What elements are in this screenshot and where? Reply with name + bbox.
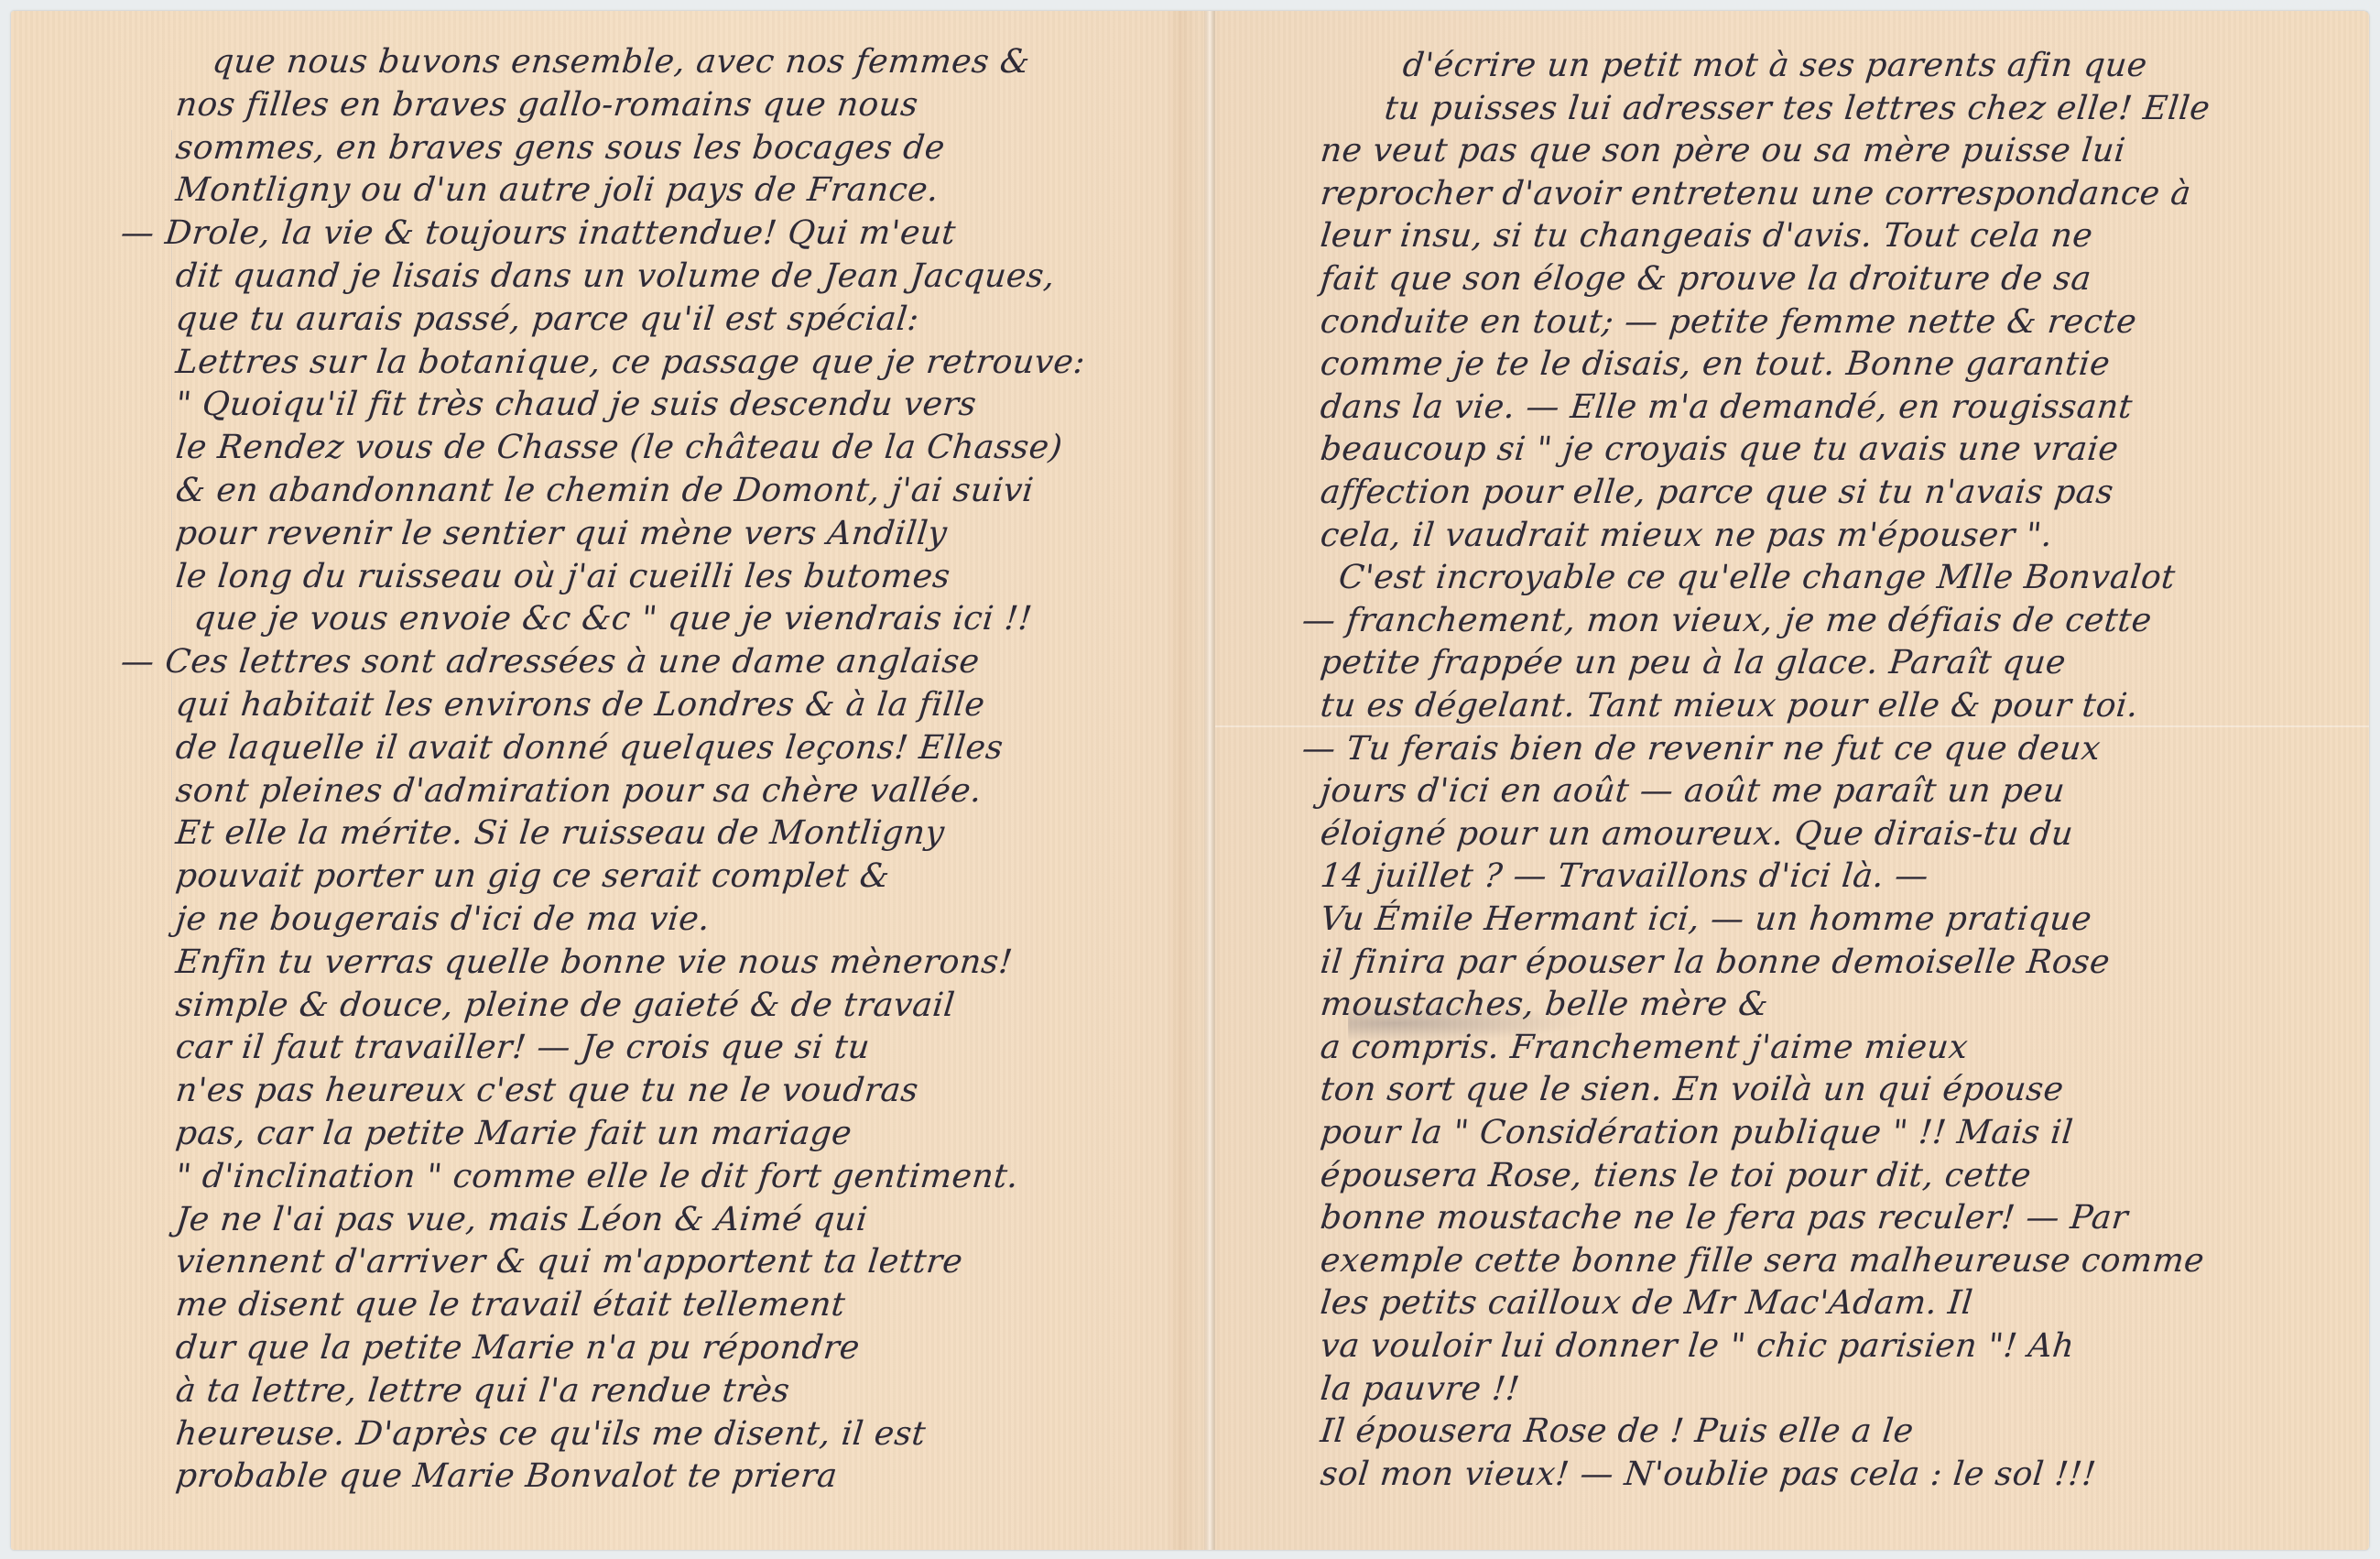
handwritten-line: pouvait porter un gig ce serait complet … (174, 860, 891, 893)
handwritten-line: car il faut travailler! — Je crois que s… (174, 1031, 871, 1064)
handwritten-line: & en abandonnant le chemin de Domont, j'… (174, 474, 1035, 507)
handwritten-line: bonne moustache ne le fera pas reculer! … (1319, 1202, 2130, 1235)
handwritten-line: Lettres sur la botanique, ce passage que… (174, 346, 1087, 379)
letter-sheet: que nous buvons ensemble, avec nos femme… (11, 11, 2369, 1550)
handwritten-line: que tu aurais passé, parce qu'il est spé… (174, 303, 920, 336)
handwritten-line: n'es pas heureux c'est que tu ne le voud… (174, 1074, 920, 1107)
handwritten-line: Il épousera Rose de ! Puis elle a le (1319, 1415, 1915, 1448)
center-fold-crease (1204, 11, 1215, 1550)
handwritten-line: me disent que le travail était tellement (174, 1289, 847, 1322)
handwritten-line: Et elle la mérite. Si le ruisseau de Mon… (174, 817, 946, 850)
handwritten-line: éloigné pour un amoureux. Que dirais-tu … (1319, 818, 2075, 851)
handwritten-line: pour la " Considération publique " !! Ma… (1319, 1117, 2074, 1150)
handwritten-line: d'écrire un petit mot à ses parents afin… (1401, 49, 2148, 82)
handwritten-line: moustaches, belle mère & (1319, 988, 1770, 1021)
handwritten-line: épousera Rose, tiens le toi pour dit, ce… (1319, 1160, 2033, 1193)
handwritten-line: Enfin tu verras quelle bonne vie nous mè… (174, 946, 1014, 979)
handwritten-line: les petits cailloux de Mr Mac'Adam. Il (1319, 1287, 1974, 1320)
handwritten-line: Montligny ou d'un autre joli pays de Fra… (174, 174, 940, 207)
handwritten-line: va vouloir lui donner le " chic parisien… (1319, 1330, 2076, 1363)
handwritten-line: que nous buvons ensemble, avec nos femme… (211, 46, 1031, 79)
handwritten-line: — Tu ferais bien de revenir ne fut ce qu… (1300, 733, 2102, 766)
handwritten-line: nos filles en braves gallo-romains que n… (174, 89, 919, 122)
handwritten-line: qui habitait les environs de Londres & à… (174, 689, 986, 722)
handwritten-line: probable que Marie Bonvalot te priera (174, 1460, 839, 1493)
handwritten-line: a compris. Franchement j'aime mieux (1319, 1031, 1970, 1064)
handwritten-line: viennent d'arriver & qui m'apportent ta … (174, 1246, 964, 1279)
handwritten-line: il finira par épouser la bonne demoisell… (1319, 946, 2112, 979)
handwritten-line: C'est incroyable ce qu'elle change Mlle … (1337, 561, 2177, 594)
handwritten-line: tu es dégelant. Tant mieux pour elle & p… (1319, 690, 2140, 723)
handwritten-line: la pauvre !! (1319, 1373, 1521, 1406)
handwritten-line: affection pour elle, parce que si tu n'a… (1319, 476, 2115, 509)
handwritten-line: tu puisses lui adresser tes lettres chez… (1383, 93, 2212, 125)
handwritten-line: ne veut pas que son père ou sa mère puis… (1319, 135, 2127, 168)
handwritten-line: comme je te le disais, en tout. Bonne ga… (1319, 348, 2112, 381)
handwritten-line: leur insu, si tu changeais d'avis. Tout … (1319, 220, 2094, 253)
handwritten-line: pas, car la petite Marie fait un mariage (174, 1117, 853, 1150)
handwritten-line: heureuse. D'après ce qu'ils me disent, i… (174, 1418, 927, 1451)
handwritten-line: dur que la petite Marie n'a pu répondre (174, 1332, 862, 1365)
handwritten-line: jours d'ici en août — août me paraît un … (1319, 775, 2067, 808)
handwritten-line: exemple cette bonne fille sera malheureu… (1319, 1245, 2206, 1278)
handwritten-line: cela, il vaudrait mieux ne pas m'épouser… (1319, 519, 2054, 552)
handwritten-line: conduite en tout; — petite femme nette &… (1319, 306, 2138, 339)
handwritten-line: à ta lettre, lettre qui l'a rendue très (174, 1375, 791, 1408)
handwritten-line: Vu Émile Hermant ici, — un homme pratiqu… (1319, 903, 2093, 936)
handwritten-line: " Quoiqu'il fit très chaud je suis desce… (174, 388, 978, 421)
handwritten-line: je ne bougerais d'ici de ma vie. (174, 903, 712, 936)
handwritten-line: petite frappée un peu à la glace. Paraît… (1319, 647, 2068, 680)
handwritten-line: le Rendez vous de Chasse (le château de … (174, 431, 1064, 464)
handwritten-line: reprocher d'avoir entretenu une correspo… (1319, 178, 2192, 211)
handwritten-line: dit quand je lisais dans un volume de Je… (174, 260, 1057, 293)
handwritten-line: pour revenir le sentier qui mène vers An… (174, 518, 949, 551)
handwritten-line: sont pleines d'admiration pour sa chère … (174, 775, 984, 808)
handwritten-line: fait que son éloge & prouve la droiture … (1319, 263, 2092, 296)
handwritten-line: Je ne l'ai pas vue, mais Léon & Aimé qui (174, 1204, 869, 1237)
handwritten-line: de laquelle il avait donné quelques leço… (174, 732, 1005, 765)
handwritten-line: — Ces lettres sont adressées à une dame … (119, 646, 981, 679)
handwritten-line: — Drole, la vie & toujours inattendue! Q… (119, 217, 957, 250)
right-page: d'écrire un petit mot à ses parents afin… (1215, 11, 2369, 1550)
handwritten-line: ton sort que le sien. En voilà un qui ép… (1319, 1074, 2065, 1107)
handwritten-line: sommes, en braves gens sous les bocages … (174, 132, 946, 165)
handwritten-line: — franchement, mon vieux, je me défiais … (1300, 605, 2153, 638)
handwritten-line: simple & douce, pleine de gaieté & de tr… (174, 989, 956, 1022)
handwritten-line: beaucoup si " je croyais que tu avais un… (1319, 433, 2120, 466)
handwritten-line: 14 juillet ? — Travaillons d'ici là. — (1319, 860, 1930, 893)
handwritten-line: sol mon vieux! — N'oublie pas cela : le … (1319, 1458, 2098, 1491)
handwritten-line: que je vous envoie &c &c " que je viendr… (192, 603, 1034, 636)
handwritten-line: dans la vie. — Elle m'a demandé, en roug… (1319, 391, 2134, 424)
left-page: que nous buvons ensemble, avec nos femme… (11, 11, 1201, 1550)
handwritten-line: le long du ruisseau où j'ai cueilli les … (174, 561, 951, 594)
handwritten-line: " d'inclination " comme elle le dit fort… (174, 1161, 1020, 1194)
